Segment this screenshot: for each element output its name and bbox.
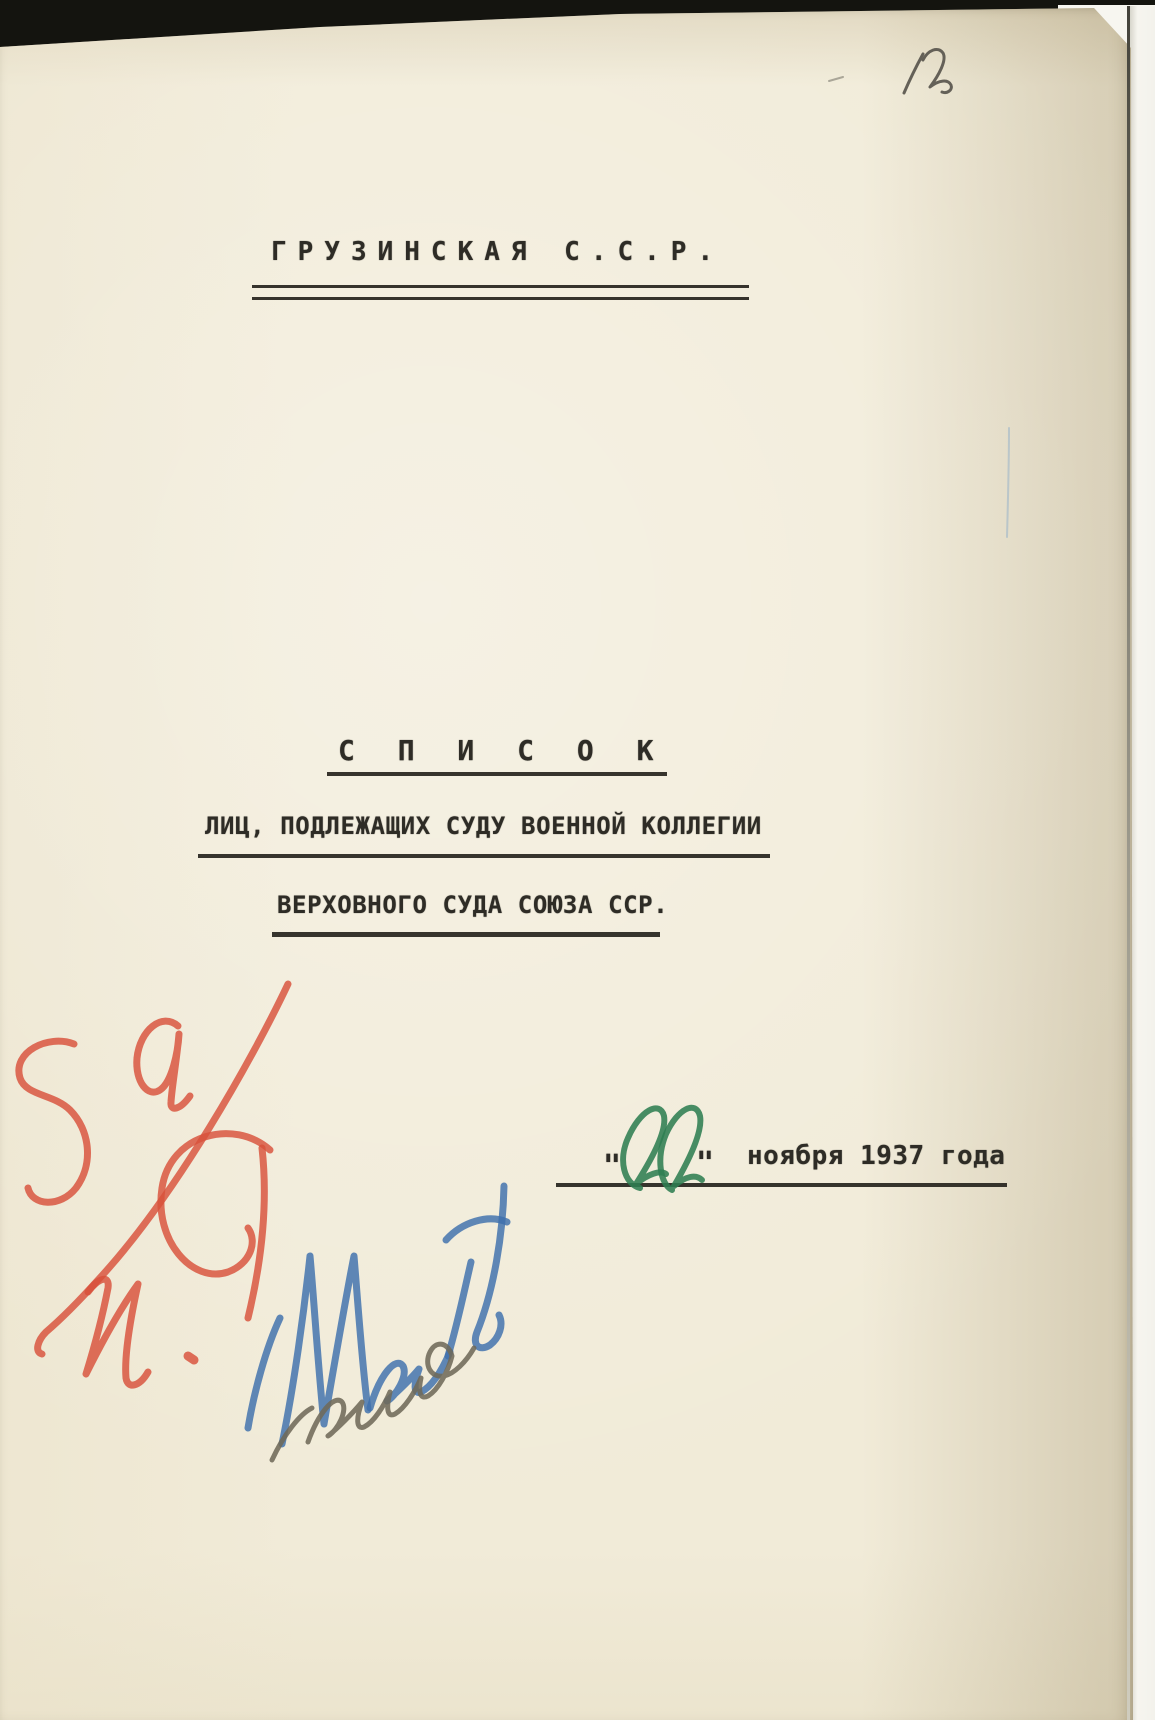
list-title-underline bbox=[327, 772, 667, 776]
list-title: С П И С О К bbox=[338, 734, 666, 767]
page-stack-edge-line bbox=[1127, 6, 1130, 1720]
list-subtitle-line1: ЛИЦ, ПОДЛЕЖАЩИХ СУДУ ВОЕННОЙ КОЛЛЕГИИ bbox=[205, 812, 762, 840]
region-header: ГРУЗИНСКАЯ С.С.Р. bbox=[271, 237, 724, 267]
scanned-document: ГРУЗИНСКАЯ С.С.Р. С П И С О К ЛИЦ, ПОДЛЕ… bbox=[0, 0, 1155, 1720]
list-subtitle-line2-underline bbox=[272, 932, 660, 937]
date-underline bbox=[556, 1183, 1007, 1187]
list-subtitle-line2: ВЕРХОВНОГО СУДА СОЮЗА ССР. bbox=[277, 891, 668, 919]
date-open-quote: " bbox=[603, 1149, 621, 1184]
date-close-quote: " bbox=[696, 1146, 714, 1181]
list-subtitle-line1-underline bbox=[198, 854, 770, 858]
region-header-underline bbox=[252, 285, 749, 300]
date-typed-text: ноября 1937 года bbox=[747, 1141, 1005, 1171]
